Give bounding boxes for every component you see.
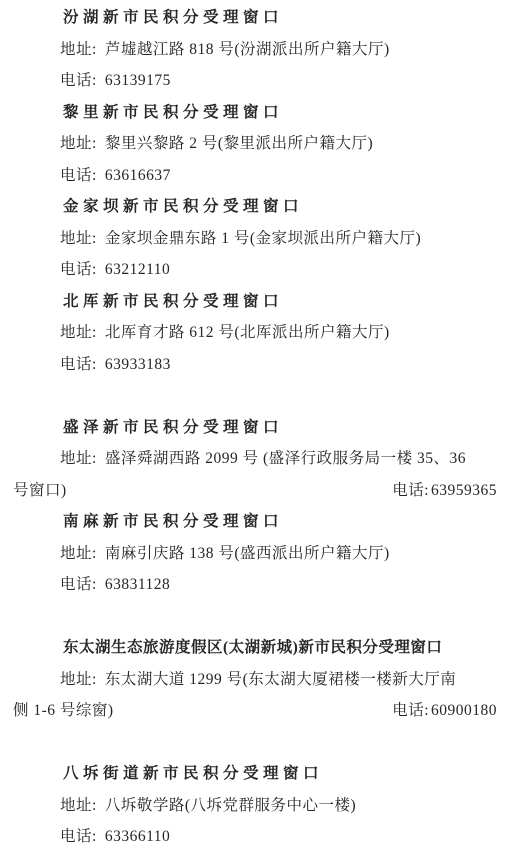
address-text: 八坼敬学路(八坼党群服务中心一楼) xyxy=(105,797,356,814)
phone-label: 电话: xyxy=(60,576,97,593)
office-entry: 八坼街道新市民积分受理窗口 地址:八坼敬学路(八坼党群服务中心一楼) 电话:63… xyxy=(13,758,497,851)
address-line: 地址:盛泽舜湖西路 2099 号 (盛泽行政服务局一楼 35、36 xyxy=(13,443,497,475)
address-text: 金家坝金鼎东路 1 号(金家坝派出所户籍大厅) xyxy=(105,230,421,247)
phone-label: 电话: xyxy=(60,261,97,278)
address-line: 地址:南麻引庆路 138 号(盛西派出所户籍大厅) xyxy=(13,538,497,570)
address-line: 地址:八坼敬学路(八坼党群服务中心一楼) xyxy=(13,790,497,822)
address-text: 北厍育才路 612 号(北厍派出所户籍大厅) xyxy=(105,324,390,341)
address-text-line2: 号窗口) xyxy=(13,475,67,507)
entry-title: 北厍新市民积分受理窗口 xyxy=(13,286,497,318)
phone-label: 电话: xyxy=(392,482,429,499)
address-label: 地址: xyxy=(60,671,97,688)
phone-label: 电话: xyxy=(392,702,429,719)
blank-line xyxy=(13,727,497,759)
office-entry: 黎里新市民积分受理窗口 地址:黎里兴黎路 2 号(黎里派出所户籍大厅) 电话:6… xyxy=(13,97,497,192)
phone-line: 电话:63831128 xyxy=(13,569,497,601)
office-entry: 金家坝新市民积分受理窗口 地址:金家坝金鼎东路 1 号(金家坝派出所户籍大厅) … xyxy=(13,191,497,286)
phone-line: 电话:63933183 xyxy=(13,349,497,381)
address-label: 地址: xyxy=(60,324,97,341)
address-continuation-line: 号窗口) 电话:63959365 xyxy=(13,475,497,507)
phone-line: 电话:63139175 xyxy=(13,65,497,97)
phone-label: 电话: xyxy=(60,167,97,184)
blank-line xyxy=(13,601,497,633)
phone-number: 63933183 xyxy=(105,356,171,373)
office-entry: 北厍新市民积分受理窗口 地址:北厍育才路 612 号(北厍派出所户籍大厅) 电话… xyxy=(13,286,497,381)
entry-title: 汾湖新市民积分受理窗口 xyxy=(13,2,497,34)
entry-title: 金家坝新市民积分受理窗口 xyxy=(13,191,497,223)
address-label: 地址: xyxy=(60,135,97,152)
entry-title: 八坼街道新市民积分受理窗口 xyxy=(13,758,497,790)
address-label: 地址: xyxy=(60,545,97,562)
address-line: 地址:黎里兴黎路 2 号(黎里派出所户籍大厅) xyxy=(13,128,497,160)
address-line: 地址:东太湖大道 1299 号(东太湖大厦裙楼一楼新大厅南 xyxy=(13,664,497,696)
phone-line: 电话:63366110 xyxy=(13,821,497,851)
phone-inline: 电话:60900180 xyxy=(392,695,497,727)
address-text: 芦墟越江路 818 号(汾湖派出所户籍大厅) xyxy=(105,41,390,58)
entry-title: 盛泽新市民积分受理窗口 xyxy=(13,412,497,444)
address-line: 地址:北厍育才路 612 号(北厍派出所户籍大厅) xyxy=(13,317,497,349)
entry-title: 东太湖生态旅游度假区(太湖新城)新市民积分受理窗口 xyxy=(13,632,497,664)
entry-title: 黎里新市民积分受理窗口 xyxy=(13,97,497,129)
phone-number: 63616637 xyxy=(105,167,171,184)
entry-title: 南麻新市民积分受理窗口 xyxy=(13,506,497,538)
address-label: 地址: xyxy=(60,450,97,467)
address-continuation-line: 侧 1-6 号综窗) 电话:60900180 xyxy=(13,695,497,727)
address-line: 地址:金家坝金鼎东路 1 号(金家坝派出所户籍大厅) xyxy=(13,223,497,255)
phone-label: 电话: xyxy=(60,828,97,845)
phone-number: 63831128 xyxy=(105,576,170,593)
phone-number: 63959365 xyxy=(431,482,497,499)
phone-number: 60900180 xyxy=(431,702,497,719)
document-page: 汾湖新市民积分受理窗口 地址:芦墟越江路 818 号(汾湖派出所户籍大厅) 电话… xyxy=(0,0,513,851)
phone-label: 电话: xyxy=(60,72,97,89)
address-text-line1: 盛泽舜湖西路 2099 号 (盛泽行政服务局一楼 35、36 xyxy=(105,450,466,467)
office-entry: 汾湖新市民积分受理窗口 地址:芦墟越江路 818 号(汾湖派出所户籍大厅) 电话… xyxy=(13,2,497,97)
office-entry: 盛泽新市民积分受理窗口 地址:盛泽舜湖西路 2099 号 (盛泽行政服务局一楼 … xyxy=(13,412,497,507)
phone-inline: 电话:63959365 xyxy=(392,475,497,507)
phone-number: 63212110 xyxy=(105,261,170,278)
office-entry: 南麻新市民积分受理窗口 地址:南麻引庆路 138 号(盛西派出所户籍大厅) 电话… xyxy=(13,506,497,601)
phone-line: 电话:63212110 xyxy=(13,254,497,286)
address-line: 地址:芦墟越江路 818 号(汾湖派出所户籍大厅) xyxy=(13,34,497,66)
address-text-line2: 侧 1-6 号综窗) xyxy=(13,695,114,727)
phone-number: 63139175 xyxy=(105,72,171,89)
address-text-line1: 东太湖大道 1299 号(东太湖大厦裙楼一楼新大厅南 xyxy=(105,671,456,688)
address-text: 黎里兴黎路 2 号(黎里派出所户籍大厅) xyxy=(105,135,373,152)
office-entry: 东太湖生态旅游度假区(太湖新城)新市民积分受理窗口 地址:东太湖大道 1299 … xyxy=(13,632,497,727)
address-label: 地址: xyxy=(60,41,97,58)
phone-number: 63366110 xyxy=(105,828,170,845)
address-label: 地址: xyxy=(60,230,97,247)
blank-line xyxy=(13,380,497,412)
address-text: 南麻引庆路 138 号(盛西派出所户籍大厅) xyxy=(105,545,390,562)
phone-line: 电话:63616637 xyxy=(13,160,497,192)
address-label: 地址: xyxy=(60,797,97,814)
phone-label: 电话: xyxy=(60,356,97,373)
